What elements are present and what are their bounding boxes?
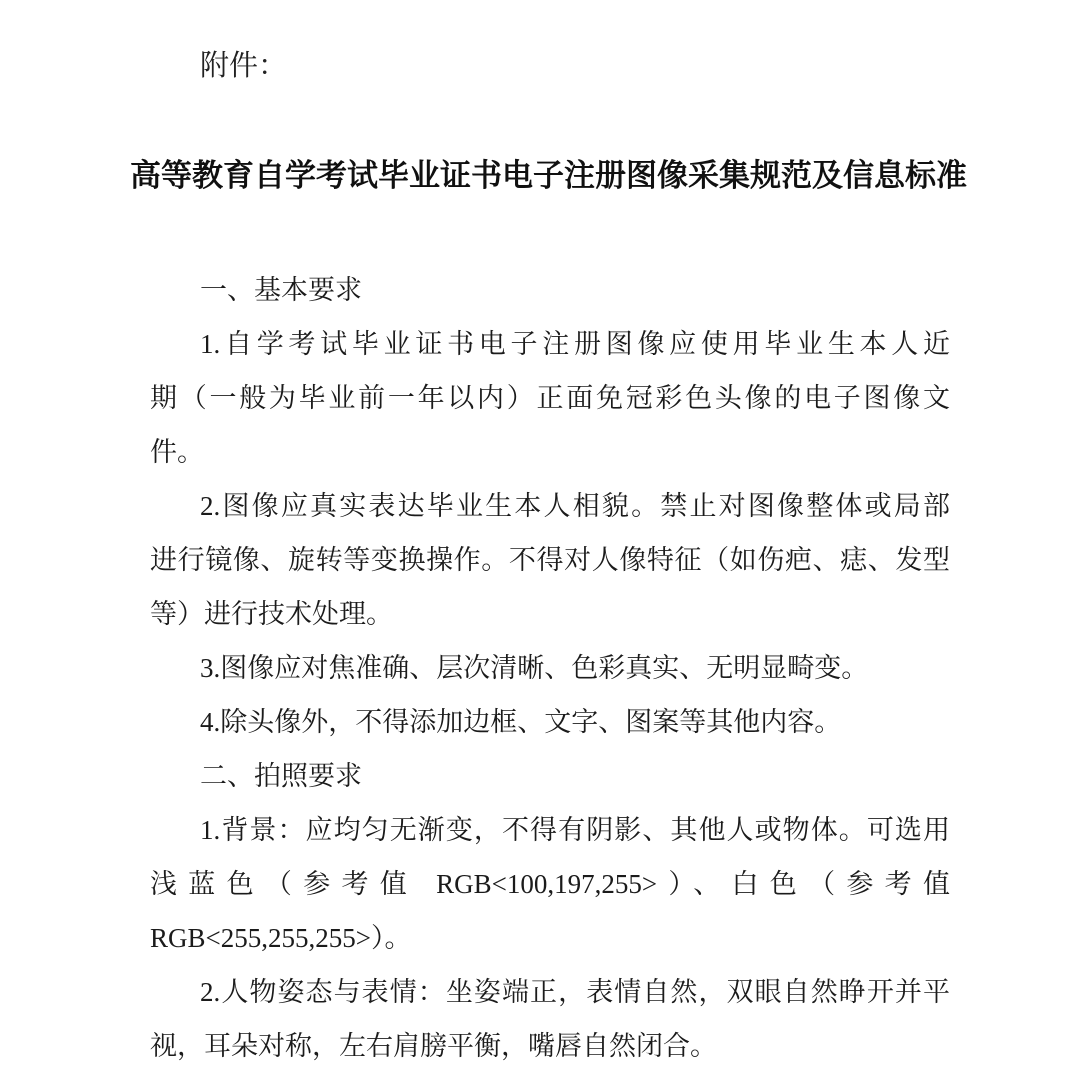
attachment-label: 附件：: [200, 48, 287, 84]
document-body: 一、基本要求1.自学考试毕业证书电子注册图像应使用毕业生本人近期（一般为毕业前一…: [150, 263, 950, 1073]
text-line: 等）进行技术处理。: [150, 587, 950, 641]
section-heading: 一、基本要求: [150, 263, 950, 317]
text-line: 进行镜像、旋转等变换操作。不得对人像特征（如伤疤、痣、发型: [150, 533, 950, 587]
text-line: 2.人物姿态与表情：坐姿端正，表情自然，双眼自然睁开并平: [150, 965, 950, 1019]
text-line: 件。: [150, 425, 950, 479]
text-line: 1.自学考试毕业证书电子注册图像应使用毕业生本人近: [150, 317, 950, 371]
text-line: 1.背景：应均匀无渐变，不得有阴影、其他人或物体。可选用: [150, 803, 950, 857]
text-line: 2.图像应真实表达毕业生本人相貌。禁止对图像整体或局部: [150, 479, 950, 533]
document-page: 附件： 高等教育自学考试毕业证书电子注册图像采集规范及信息标准 一、基本要求1.…: [0, 0, 1080, 1074]
text-line: 4.除头像外，不得添加边框、文字、图案等其他内容。: [150, 695, 950, 749]
section-heading: 二、拍照要求: [150, 749, 950, 803]
text-line: RGB<255,255,255>）。: [150, 911, 950, 965]
text-line: 3.图像应对焦准确、层次清晰、色彩真实、无明显畸变。: [150, 641, 950, 695]
document-title: 高等教育自学考试毕业证书电子注册图像采集规范及信息标准: [130, 155, 950, 197]
text-line: 视，耳朵对称，左右肩膀平衡，嘴唇自然闭合。: [150, 1019, 950, 1073]
text-line: 期（一般为毕业前一年以内）正面免冠彩色头像的电子图像文: [150, 371, 950, 425]
text-line: 浅蓝色（参考值 RGB<100,197,255>）、白色（参考值: [150, 857, 950, 911]
